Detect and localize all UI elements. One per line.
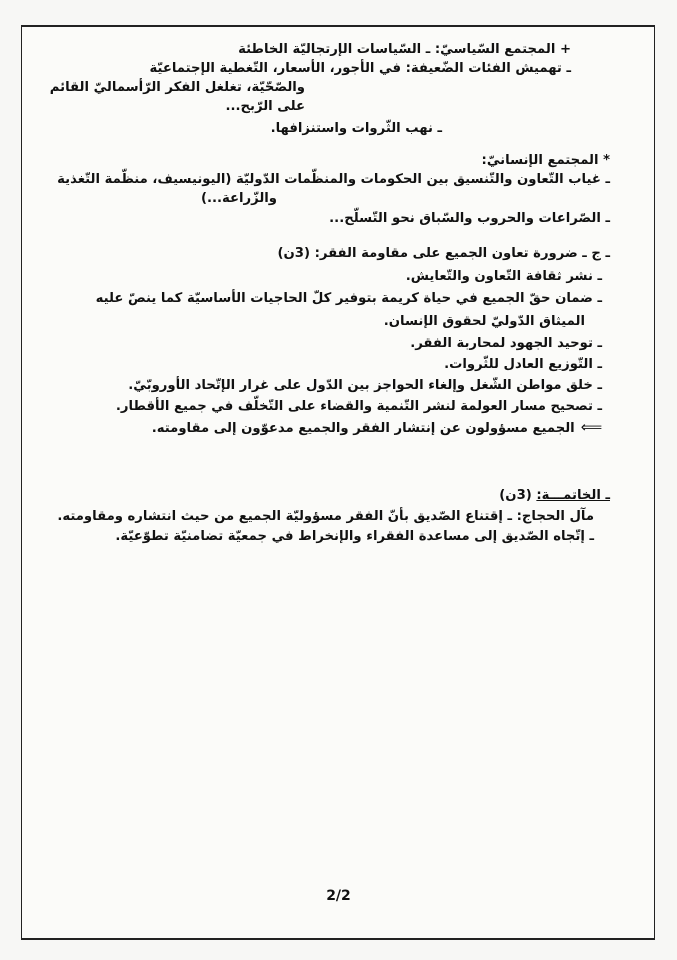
cooperation-item: ـ ضمان حقّ الجميع في حياة كريمة بتوفير ك… (96, 290, 602, 308)
page-number: 2/2 (0, 888, 677, 904)
closing-item: مآل الحجاج: ـ إقتناع الصّديق بأنّ الفقر … (57, 508, 594, 526)
closing-item: ـ إتّجاه الصّديق إلى مساعدة الفقراء والإ… (115, 528, 594, 546)
political-item: والصّحّيّة، تغلغل الفكر الرّأسماليّ القا… (50, 79, 305, 97)
cooperation-conclusion-text: الجميع مسؤولون عن إنتشار الفقر والجميع م… (152, 421, 575, 436)
human-item: ـ غياب التّعاون والتّنسيق بين الحكومات و… (57, 171, 610, 189)
human-society-heading: * المجتمع الإنسانيّ: (482, 152, 610, 170)
cooperation-item: الميثاق الدّوليّ لحقوق الإنسان. (384, 313, 585, 331)
closing-heading: ـ الخاتمـــة: (3ن) (499, 487, 610, 505)
closing-score: (3ن) (499, 488, 532, 503)
cooperation-heading: ـ ج ـ ضرورة تعاون الجميع على مقاومة الفق… (277, 245, 610, 263)
cooperation-item: ـ تصحيح مسار العولمة لنشر التّنمية والقض… (116, 398, 602, 416)
cooperation-item: ـ توحيد الجهود لمحاربة الفقر. (410, 335, 602, 353)
cooperation-item: ـ خلق مواطن الشّغل وإلغاء الحواجز بين ال… (128, 377, 602, 395)
cooperation-conclusion: ⟸الجميع مسؤولون عن إنتشار الفقر والجميع … (152, 418, 602, 438)
political-item: ـ نهب الثّروات واستنزافها. (271, 120, 442, 138)
human-item: ـ الصّراعات والحروب والسّباق نحو التّسلّ… (329, 210, 610, 228)
double-arrow-left-icon: ⟸ (581, 418, 602, 436)
human-item: والزّراعة...) (201, 190, 277, 208)
political-society-heading: + المجتمع السّياسيّ: ـ السّياسات الإرتجا… (238, 41, 571, 59)
closing-title: ـ الخاتمـــة: (536, 488, 610, 503)
cooperation-item: ـ نشر ثقافة التّعاون والتّعايش. (406, 268, 602, 286)
political-item: على الرّبح... (226, 98, 306, 116)
political-item: ـ تهميش الفئات الضّعيفة: في الأجور، الأس… (149, 60, 571, 78)
cooperation-item: ـ التّوزيع العادل للثّروات. (444, 356, 602, 374)
